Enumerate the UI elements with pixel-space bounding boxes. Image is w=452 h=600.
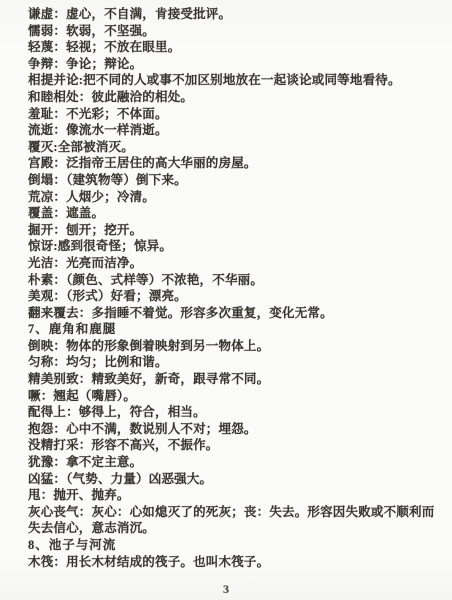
definition-entry: 抱怨：心中不满，数说别人不对；埋怨。: [28, 421, 446, 438]
definition-entry: 轻蔑：轻视；不放在眼里。: [28, 39, 446, 56]
document-page: 谦虚：虚心，不自满，肯接受批评。 懦弱：软弱，不坚强。 轻蔑：轻视；不放在眼里。…: [0, 0, 452, 600]
definition-entry: 谦虚：虚心，不自满，肯接受批评。: [28, 6, 446, 23]
definition-entry: 争辩：争论；辩论。: [28, 56, 446, 73]
definition-entry: 惊讶:感到很奇怪；惊异。: [28, 238, 446, 255]
definition-entry: 精美别致：精致美好，新奇，跟寻常不同。: [28, 371, 446, 388]
definition-entry: 宫殿：泛指帝王居住的高大华丽的房屋。: [28, 155, 446, 172]
definitions-list-continued: 谦虚：虚心，不自满，肯接受批评。 懦弱：软弱，不坚强。 轻蔑：轻视；不放在眼里。…: [28, 6, 446, 321]
definition-entry: 犹豫：拿不定主意。: [28, 454, 446, 471]
definition-entry: 朴素：（颜色、式样等）不浓艳，不华丽。: [28, 272, 446, 289]
definition-entry: 没精打采：形容不高兴，不振作。: [28, 437, 446, 454]
definition-entry: 光洁：光亮而洁净。: [28, 255, 446, 272]
definition-entry: 和睦相处：彼此融洽的相处。: [28, 89, 446, 106]
definition-entry: 配得上：够得上，符合，相当。: [28, 404, 446, 421]
definition-entry: 掘开：刨开；挖开。: [28, 222, 446, 239]
definition-entry: 匀称：均匀；比例和谐。: [28, 354, 446, 371]
definition-entry: 美观：（形式）好看；漂亮。: [28, 288, 446, 305]
definition-entry: 倒塌：（建筑物等）倒下来。: [28, 172, 446, 189]
definition-entry: 羞耻：不光彩；不体面。: [28, 106, 446, 123]
definition-entry: 甩：抛开、抛弃。: [28, 487, 446, 504]
section-heading-lesson-7: 7、鹿角和鹿腿: [28, 321, 446, 338]
definition-entry: 覆灭:全部被消灭。: [28, 139, 446, 156]
section-lesson-8: 8、池子与河流 木筏：用长木材结成的筏子。也叫木筏子。: [28, 537, 446, 570]
definition-entry: 流逝：像流水一样消逝。: [28, 122, 446, 139]
definition-entry: 相提并论:把不同的人或事不加区别地放在一起谈论或同等地看待。: [28, 72, 446, 89]
definition-entry: 倒映：物体的形象倒着映射到另一物体上。: [28, 338, 446, 355]
section-heading-lesson-8: 8、池子与河流: [28, 537, 446, 554]
definition-entry: 凶猛：（气势、力量）凶恶强大。: [28, 471, 446, 488]
definition-entry: 懦弱：软弱，不坚强。: [28, 23, 446, 40]
definition-entry: 灰心丧气：灰心：心如熄灭了的死灰；丧：失去。形容因失败或不顺利而失去信心，意志消…: [28, 504, 446, 537]
definition-entry: 噘：翘起（嘴唇）。: [28, 388, 446, 405]
definition-entry: 木筏：用长木材结成的筏子。也叫木筏子。: [28, 554, 446, 571]
section-lesson-7: 7、鹿角和鹿腿 倒映：物体的形象倒着映射到另一物体上。 匀称：均匀；比例和谐。 …: [28, 321, 446, 537]
definition-entry: 荒凉：人烟少；冷清。: [28, 189, 446, 206]
definition-entry: 覆盖：遮盖。: [28, 205, 446, 222]
page-number: 3: [0, 582, 452, 597]
definition-entry: 翻来覆去：多指睡不着觉。形容多次重复，变化无常。: [28, 305, 446, 322]
